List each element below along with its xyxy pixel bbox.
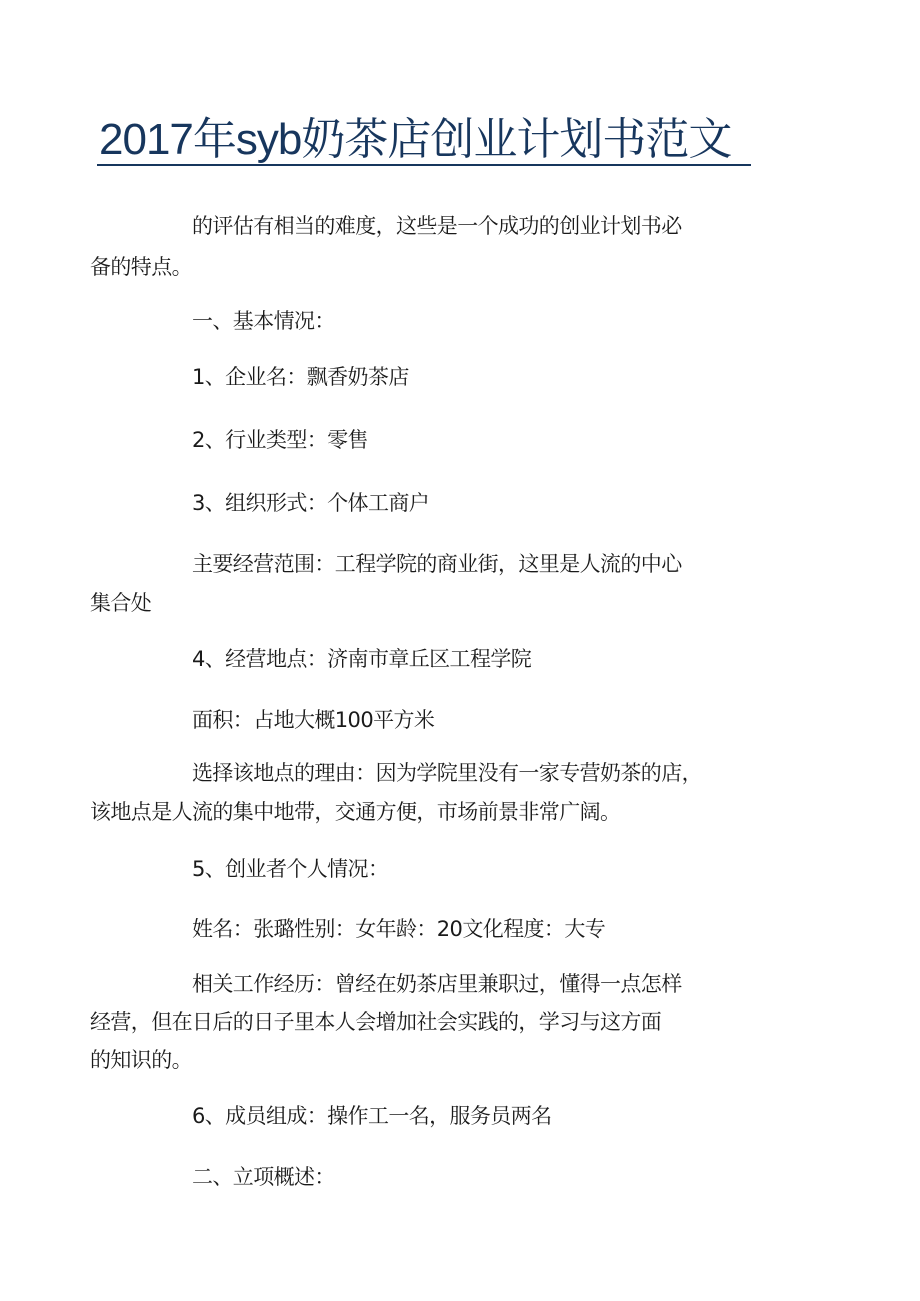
paragraph-work-experience-line-2: 经营，但在日后的日子里本人会增加社会实践的，学习与这方面: [90, 1011, 661, 1033]
item-industry-type: 2、行业类型：零售: [192, 429, 368, 451]
paragraph-personal-details: 姓名：张璐性别：女年龄：20文化程度：大专: [192, 918, 605, 940]
paragraph-location-reason-line-2: 该地点是人流的集中地带，交通方便，市场前景非常广阔。: [90, 801, 620, 823]
paragraph-business-scope-line-1: 主要经营范围：工程学院的商业街，这里是人流的中心: [192, 553, 682, 575]
title-underline: [97, 164, 751, 166]
paragraph-business-scope-line-2: 集合处: [90, 592, 151, 614]
item-founder-info: 5、创业者个人情况：: [192, 858, 388, 880]
item-area: 面积：占地大概100平方米: [192, 709, 434, 731]
document-title: 2017年syb奶茶店创业计划书范文: [99, 112, 731, 168]
item-organization-form: 3、组织形式：个体工商户: [192, 492, 429, 514]
paragraph-intro-line-2: 备的特点。: [90, 256, 192, 278]
item-company-name: 1、企业名：飘香奶茶店: [192, 366, 409, 388]
paragraph-intro-line-1: 的评估有相当的难度，这些是一个成功的创业计划书必: [192, 215, 682, 237]
section-heading-project-overview: 二、立项概述：: [192, 1166, 335, 1188]
paragraph-location-reason-line-1: 选择该地点的理由：因为学院里没有一家专营奶茶的店，: [192, 762, 702, 784]
section-heading-basic-info: 一、基本情况：: [192, 310, 335, 332]
item-location: 4、经营地点：济南市章丘区工程学院: [192, 648, 531, 670]
paragraph-work-experience-line-1: 相关工作经历：曾经在奶茶店里兼职过，懂得一点怎样: [192, 973, 682, 995]
item-team-members: 6、成员组成：操作工一名，服务员两名: [192, 1105, 552, 1127]
paragraph-work-experience-line-3: 的知识的。: [90, 1049, 192, 1071]
